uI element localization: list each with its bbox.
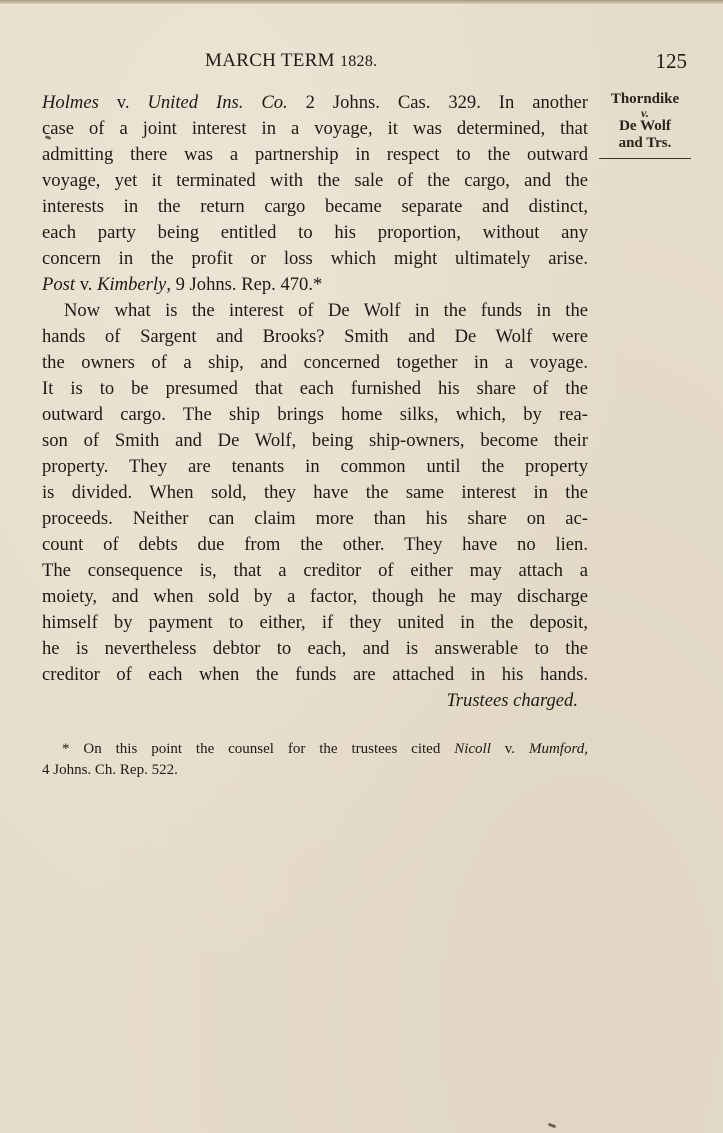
footnote-line: * On this point the counsel for the trus… — [42, 739, 588, 760]
body-line: moiety, and when sold by a factor, thoug… — [42, 584, 588, 610]
text-run: The consequence is, that a creditor of e… — [42, 560, 588, 581]
side-note-party2b: and Trs. — [598, 135, 692, 152]
page-number: 125 — [656, 49, 688, 74]
footnote-line: 4 Johns. Ch. Rep. 522. — [42, 760, 588, 781]
footnote: * On this point the counsel for the trus… — [42, 739, 588, 781]
text-run: the owners of a ship, and concerned toge… — [42, 352, 588, 373]
body-line: proceeds. Neither can claim more than hi… — [42, 506, 588, 532]
text-run: v. — [75, 274, 97, 295]
text-run: hands of Sargent and Brooks? Smith and D… — [42, 326, 588, 347]
italic-citation: Trustees charged. — [446, 690, 578, 711]
italic-citation: Kimberly — [97, 274, 166, 295]
body-line: the owners of a ship, and concerned toge… — [42, 350, 588, 376]
side-note-party2: De Wolf — [598, 118, 692, 135]
body-line: case of a joint interest in a voyage, it… — [42, 116, 588, 142]
page-top-edge — [0, 0, 723, 4]
case-side-note: Thorndike v. De Wolf and Trs. — [598, 91, 692, 159]
text-run: son of Smith and De Wolf, being ship-own… — [42, 430, 588, 451]
body-line: Now what is the interest of De Wolf in t… — [42, 298, 588, 324]
italic-citation: United Ins. Co. — [147, 92, 287, 113]
running-title-text: MARCH TERM — [205, 50, 335, 71]
body-line: is divided. When sold, they have the sam… — [42, 480, 588, 506]
text-run: v. — [491, 741, 529, 757]
body-line: count of debts due from the other. They … — [42, 532, 588, 558]
body-line: Trustees charged. — [42, 688, 588, 714]
body-line: son of Smith and De Wolf, being ship-own… — [42, 428, 588, 454]
body-line: concern in the profit or loss which migh… — [42, 246, 588, 272]
text-run: case of a joint interest in a voyage, it… — [42, 118, 588, 139]
body-line: creditor of each when the funds are atta… — [42, 662, 588, 688]
body-line: admitting there was a partnership in res… — [42, 142, 588, 168]
body-line: Holmes v. United Ins. Co. 2 Johns. Cas. … — [42, 90, 588, 116]
text-run: concern in the profit or loss which migh… — [42, 248, 588, 269]
text-run: , 9 Johns. Rep. 470.* — [166, 274, 322, 295]
text-run: each party being entitled to his proport… — [42, 222, 588, 243]
body-line: The consequence is, that a creditor of e… — [42, 558, 588, 584]
body-line: voyage, yet it terminated with the sale … — [42, 168, 588, 194]
text-run: Now what is the interest of De Wolf in t… — [64, 300, 588, 321]
body-line: Post v. Kimberly, 9 Johns. Rep. 470.* — [42, 272, 588, 298]
body-line: It is to be presumed that each furnished… — [42, 376, 588, 402]
body-text: Holmes v. United Ins. Co. 2 Johns. Cas. … — [42, 90, 588, 714]
text-run: admitting there was a partnership in res… — [42, 144, 588, 165]
text-run: It is to be presumed that each furnished… — [42, 378, 588, 399]
running-head: MARCH TERM 1828. 125 — [42, 50, 687, 76]
italic-citation: Post — [42, 274, 75, 295]
text-run: voyage, yet it terminated with the sale … — [42, 170, 588, 191]
body-line: outward cargo. The ship brings home silk… — [42, 402, 588, 428]
body-line: interests in the return cargo became sep… — [42, 194, 588, 220]
body-line: himself by payment to either, if they un… — [42, 610, 588, 636]
text-run: v. — [99, 92, 148, 113]
body-line: each party being entitled to his proport… — [42, 220, 588, 246]
text-run: * On this point the counsel for the trus… — [62, 741, 454, 757]
side-note-rule — [599, 158, 691, 159]
text-run: count of debts due from the other. They … — [42, 534, 588, 555]
text-run: creditor of each when the funds are atta… — [42, 664, 588, 685]
text-run: is divided. When sold, they have the sam… — [42, 482, 588, 503]
running-title: MARCH TERM 1828. — [205, 50, 377, 72]
running-title-year: 1828. — [340, 53, 378, 70]
italic-citation: Nicoll — [454, 741, 491, 757]
text-run: moiety, and when sold by a factor, thoug… — [42, 586, 588, 607]
side-note-versus: v. — [598, 108, 692, 118]
text-run: 2 Johns. Cas. 329. In another — [288, 92, 588, 113]
text-run: outward cargo. The ship brings home silk… — [42, 404, 588, 425]
body-line: property. They are tenants in common unt… — [42, 454, 588, 480]
italic-citation: Holmes — [42, 92, 99, 113]
text-run: he is nevertheless debtor to each, and i… — [42, 638, 588, 659]
text-run: himself by payment to either, if they un… — [42, 612, 588, 633]
text-run: proceeds. Neither can claim more than hi… — [42, 508, 588, 529]
body-line: hands of Sargent and Brooks? Smith and D… — [42, 324, 588, 350]
text-run: interests in the return cargo became sep… — [42, 196, 588, 217]
text-run: 4 Johns. Ch. Rep. 522. — [42, 762, 178, 778]
body-line: he is nevertheless debtor to each, and i… — [42, 636, 588, 662]
italic-citation: Mumford, — [529, 741, 588, 757]
text-run: property. They are tenants in common unt… — [42, 456, 588, 477]
